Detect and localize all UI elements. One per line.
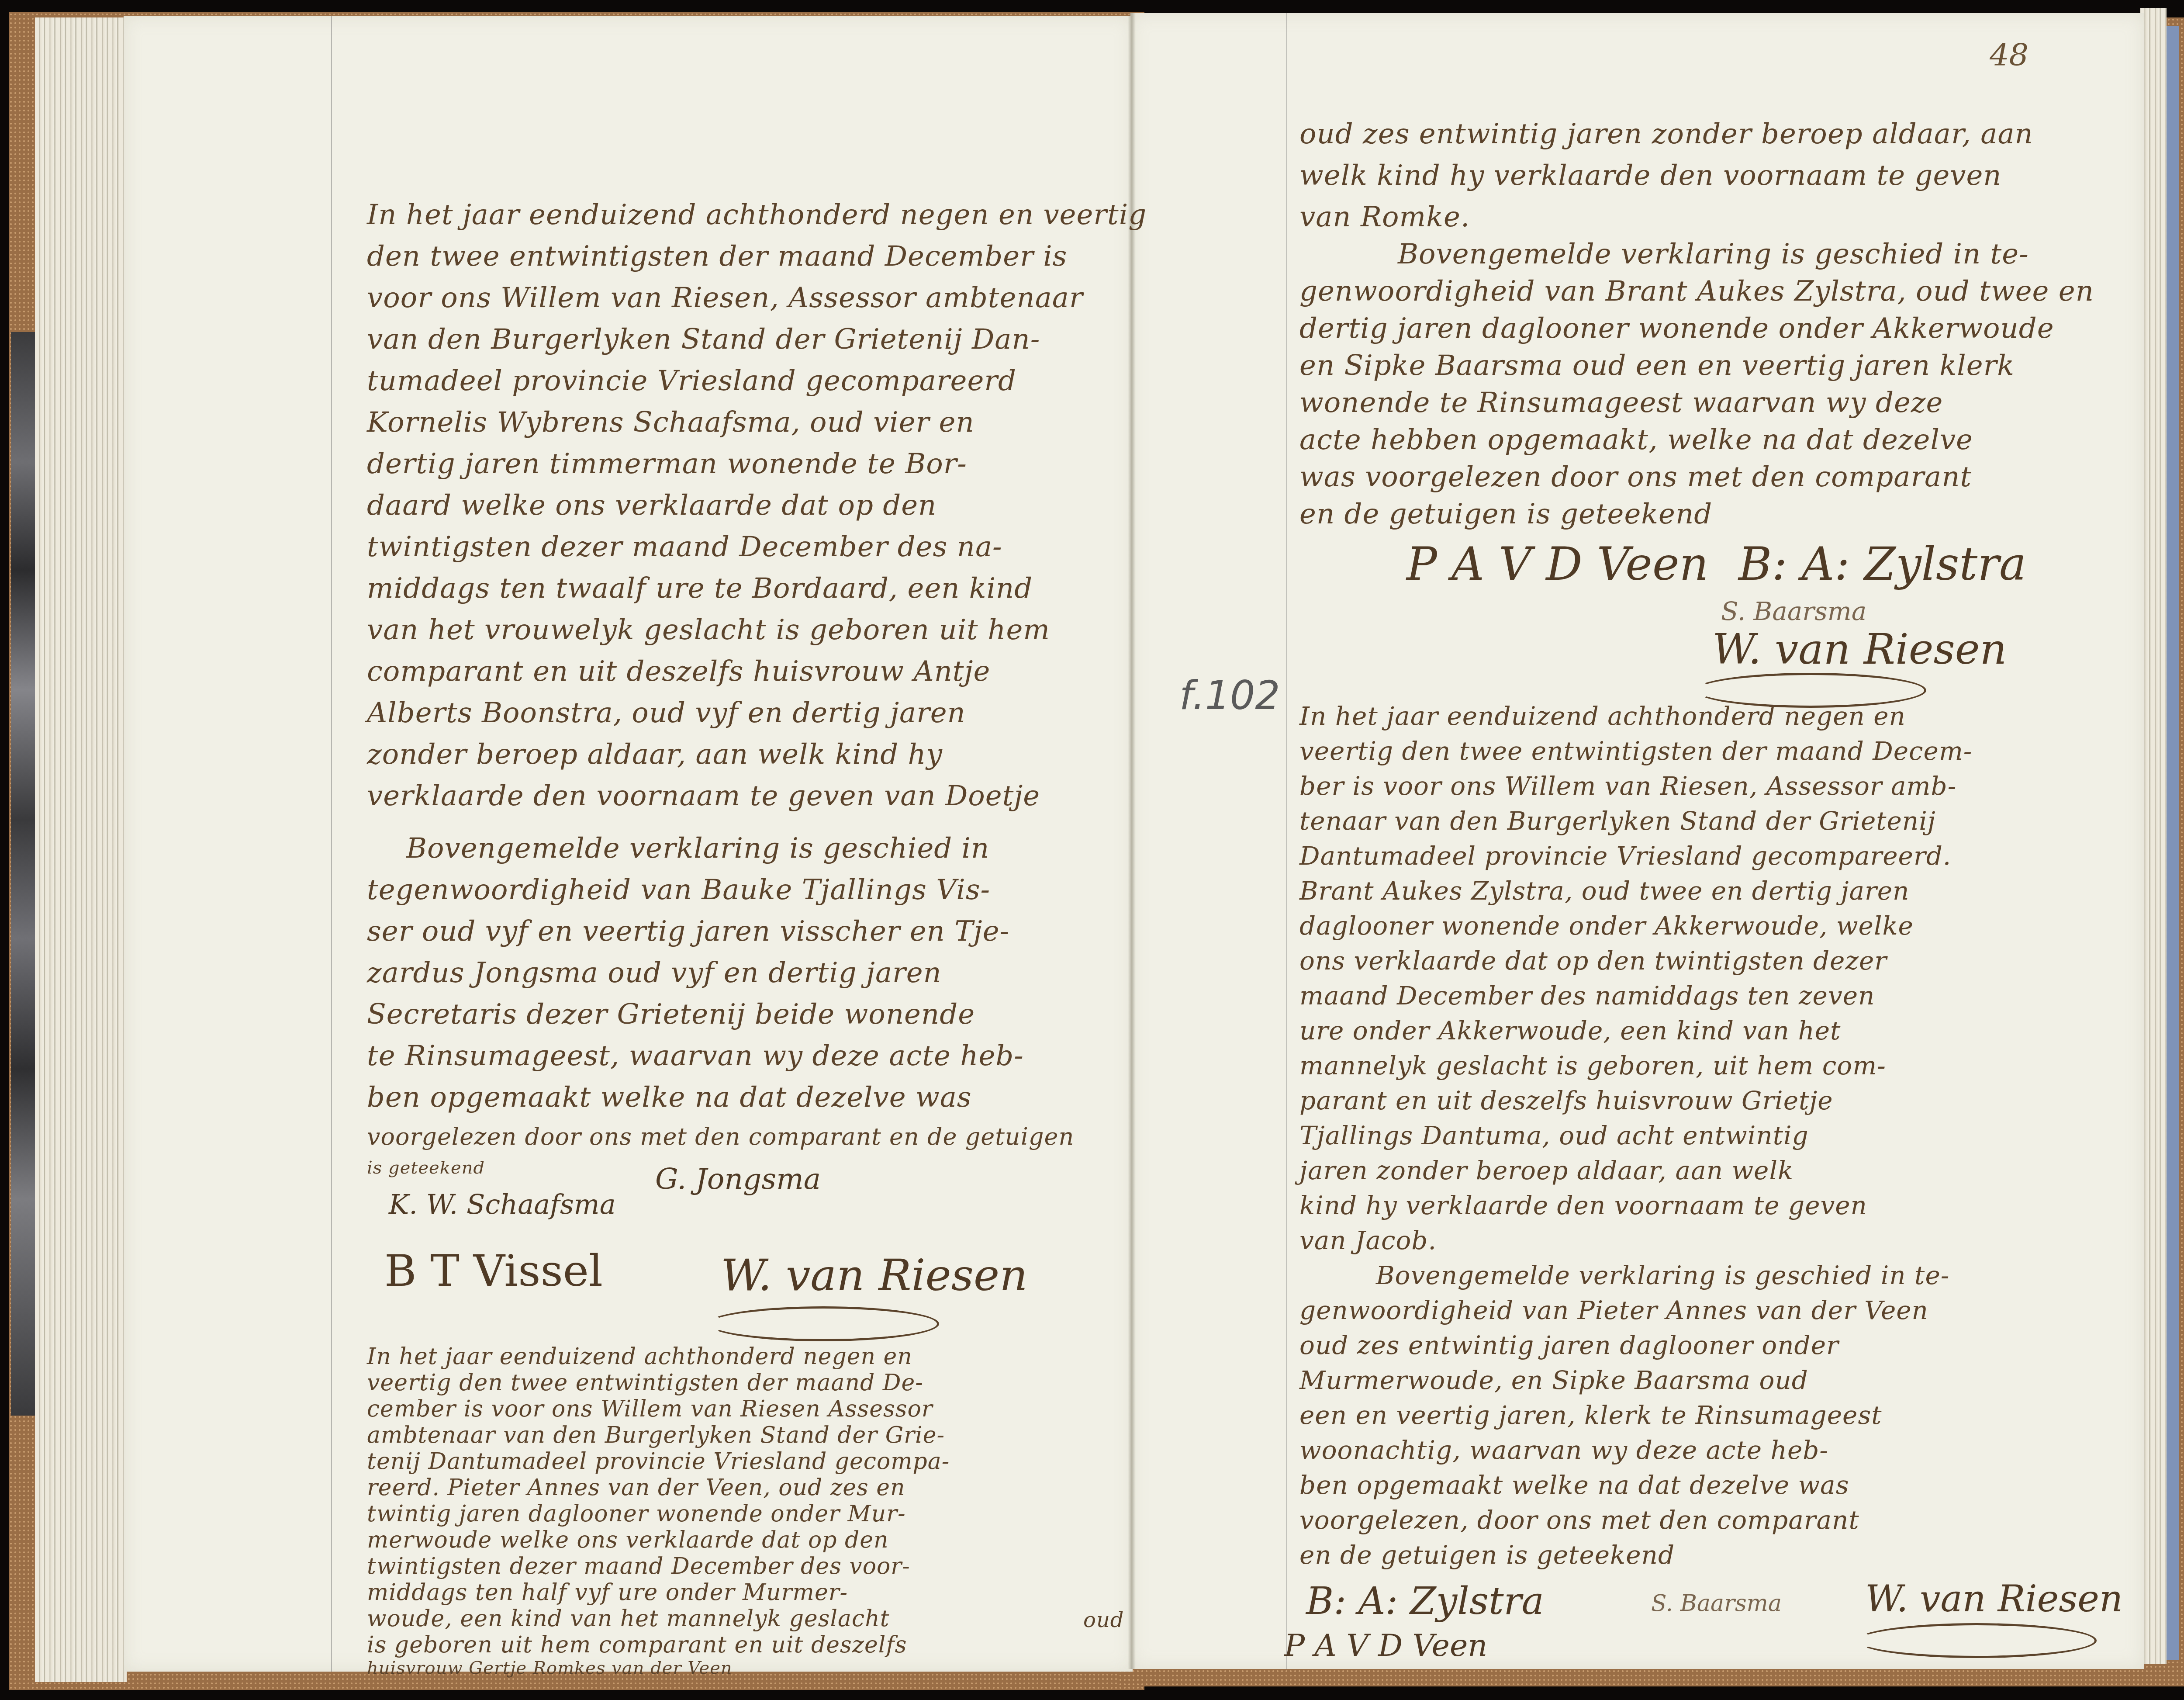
text-line: twintig jaren daglooner wonende onder Mu… (367, 1501, 906, 1527)
signature-jongsma: G. Jongsma (655, 1162, 821, 1196)
text-line: veertig den twee entwintigsten der maand… (1299, 736, 1972, 766)
text-line: veertig den twee entwintigsten der maand… (367, 1370, 923, 1396)
text-line: Bovengemelde verklaring is geschied in t… (1398, 238, 2029, 270)
signature-schaafsma: K. W. Schaafsma (389, 1188, 616, 1220)
text-line: daard welke ons verklaarde dat op den (367, 489, 936, 522)
text-line: tegenwoordigheid van Bauke Tjallings Vis… (367, 874, 990, 906)
text-line: een en veertig jaren, klerk te Rinsumage… (1299, 1400, 1882, 1430)
page-number: 48 (1990, 37, 2028, 73)
text-line: comparant en uit deszelfs huisvrouw Antj… (367, 655, 990, 688)
signature-baarsma: S. Baarsma (1651, 1590, 1782, 1617)
text-line: Bovengemelde verklaring is geschied in (406, 832, 989, 865)
text-line: acte hebben opgemaakt, welke na dat deze… (1299, 424, 1973, 456)
signature-flourish (708, 1306, 939, 1341)
text-line: Alberts Boonstra, oud vyf en dertig jare… (367, 697, 966, 729)
text-line: genwoordigheid van Brant Aukes Zylstra, … (1299, 275, 2094, 308)
text-line: ambtenaar van den Burgerlyken Stand der … (367, 1422, 945, 1448)
text-line: daglooner wonende onder Akkerwoude, welk… (1299, 911, 1914, 941)
text-line: zardus Jongsma oud vyf en dertig jaren (367, 957, 942, 989)
page-stack-right (2140, 8, 2167, 1664)
text-line: te Rinsumageest, waarvan wy deze acte he… (367, 1040, 1024, 1072)
text-line: dertig jaren timmerman wonende te Bor- (367, 448, 967, 480)
text-line: voor ons Willem van Riesen, Assessor amb… (367, 282, 1083, 314)
text-line: verklaarde den voornaam te geven van Doe… (367, 780, 1040, 812)
signature-baarsma: S. Baarsma (1721, 596, 1866, 626)
text-line: In het jaar eenduizend achthonderd negen… (367, 199, 1147, 231)
text-line: ben opgemaakt welke na dat dezelve was (367, 1081, 972, 1114)
text-line: parant en uit deszelfs huisvrouw Grietje (1299, 1086, 1833, 1115)
text-line: ber is voor ons Willem van Riesen, Asses… (1299, 771, 1956, 801)
text-line: was voorgelezen door ons met den compara… (1299, 461, 1972, 493)
text-line: welk kind hy verklaarde den voornaam te … (1299, 159, 2002, 192)
text-line: van den Burgerlyken Stand der Grietenij … (367, 323, 1040, 356)
book-gutter (1128, 13, 1136, 1669)
text-line: is geteekend (367, 1158, 485, 1178)
text-line: maand December des namiddags ten zeven (1299, 981, 1875, 1011)
text-line: en Sipke Baarsma oud een en veertig jare… (1299, 350, 2015, 382)
text-line: mannelyk geslacht is geboren, uit hem co… (1299, 1051, 1886, 1080)
signature-vissel: B T Vissel (384, 1245, 603, 1296)
text-line: en de getuigen is geteekend (1299, 498, 1712, 530)
text-line: ben opgemaakt welke na dat dezelve was (1299, 1470, 1849, 1500)
text-line: genwoordigheid van Pieter Annes van der … (1299, 1295, 1928, 1325)
text-line: woonachtig, waarvan wy deze acte heb- (1299, 1435, 1828, 1465)
text-line: voorgelezen door ons met den comparant e… (367, 1123, 1074, 1150)
text-line: Secretaris dezer Grietenij beide wonende (367, 998, 975, 1031)
text-line: ser oud vyf en veertig jaren visscher en… (367, 915, 1009, 948)
text-line: oud zes entwintig jaren zonder beroep al… (1299, 118, 2033, 150)
blue-page-edge (2167, 26, 2179, 1660)
text-line: huisvrouw Gertje Romkes van der Veen (367, 1658, 733, 1678)
text-line: tenaar van den Burgerlyken Stand der Gri… (1299, 806, 1936, 836)
text-line: tenij Dantumadeel provincie Vriesland ge… (367, 1448, 950, 1475)
text-line: middags ten twaalf ure te Bordaard, een … (367, 572, 1033, 605)
text-line: zonder beroep aldaar, aan welk kind hy (367, 738, 943, 771)
text-line: Dantumadeel provincie Vriesland gecompar… (1299, 841, 1951, 871)
text-line: ure onder Akkerwoude, een kind van het (1299, 1016, 1841, 1046)
text-line: Brant Aukes Zylstra, oud twee en dertig … (1299, 876, 1909, 906)
signature-van-riesen: W. van Riesen (1865, 1577, 2123, 1620)
text-line: Tjallings Dantuma, oud acht entwintig (1299, 1121, 1809, 1150)
text-line: is geboren uit hem comparant en uit desz… (367, 1632, 907, 1658)
text-line: twintigsten dezer maand December des na- (367, 531, 1002, 563)
signature-zylstra: B: A: Zylstra (1738, 537, 2026, 591)
text-line: twintigsten dezer maand December des voo… (367, 1553, 910, 1579)
signature-van-riesen: W. van Riesen (721, 1250, 1028, 1301)
text-line: woude, een kind van het mannelyk geslach… (367, 1606, 890, 1632)
page-stack-left (35, 17, 127, 1682)
text-line: middags ten half vyf ure onder Murmer- (367, 1579, 848, 1606)
text-line: reerd. Pieter Annes van der Veen, oud ze… (367, 1475, 905, 1501)
catchword: oud (1083, 1608, 1124, 1632)
text-line: den twee entwintigsten der maand Decembe… (367, 240, 1067, 273)
text-line: oud zes entwintig jaren daglooner onder (1299, 1330, 1839, 1360)
text-line: dertig jaren daglooner wonende onder Akk… (1299, 312, 2054, 345)
text-line: jaren zonder beroep aldaar, aan welk (1299, 1156, 1794, 1185)
signature-flourish (1856, 1623, 2097, 1658)
signature-van-riesen: W. van Riesen (1712, 625, 2007, 674)
text-line: van Jacob. (1299, 1226, 1437, 1255)
text-line: Bovengemelde verklaring is geschied in t… (1376, 1260, 1949, 1290)
text-line: tumadeel provincie Vriesland gecompareer… (367, 365, 1016, 397)
right-page-margin-line (1286, 13, 1287, 1669)
left-page-margin-line (331, 16, 332, 1672)
text-line: In het jaar eenduizend achthonderd negen… (367, 1343, 912, 1370)
signature-zylstra: B: A: Zylstra (1306, 1579, 1544, 1623)
text-line: Murmerwoude, en Sipke Baarsma oud (1299, 1365, 1808, 1395)
text-line: wonende te Rinsumageest waarvan wy deze (1299, 387, 1943, 419)
signature-van-der-veen: P A V D Veen (1284, 1627, 1487, 1663)
text-line: kind hy verklaarde den voornaam te geven (1299, 1191, 1867, 1220)
text-line: ons verklaarde dat op den twintigsten de… (1299, 946, 1887, 976)
text-line: voorgelezen, door ons met den comparant (1299, 1505, 1859, 1535)
text-line: Kornelis Wybrens Schaafsma, oud vier en (367, 406, 975, 439)
folio-annotation: f.102 (1179, 673, 1280, 719)
text-line: en de getuigen is geteekend (1299, 1540, 1675, 1570)
text-line: van Romke. (1299, 201, 1470, 233)
text-line: merwoude welke ons verklaarde dat op den (367, 1527, 889, 1553)
text-line: van het vrouwelyk geslacht is geboren ui… (367, 614, 1050, 646)
signature-van-der-veen: P A V D Veen (1406, 537, 1708, 591)
text-line: cember is voor ons Willem van Riesen Ass… (367, 1396, 933, 1422)
text-line: In het jaar eenduizend achthonderd negen… (1299, 701, 1906, 731)
